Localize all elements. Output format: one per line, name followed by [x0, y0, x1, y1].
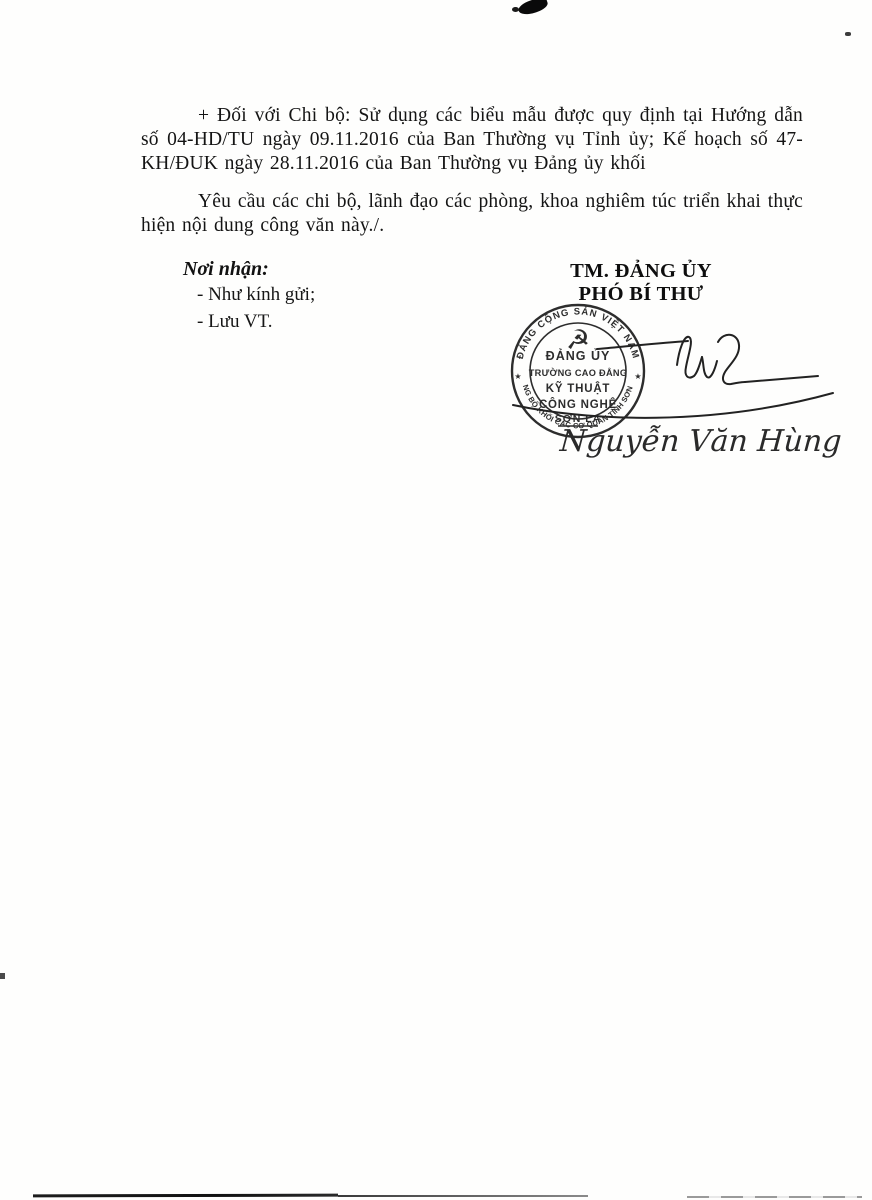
scan-artifact-bottom-edge — [33, 1194, 338, 1198]
stamp-line-ky-thuat: KỸ THUẬT — [546, 382, 611, 395]
stamp-star-icon: ★ — [514, 372, 521, 381]
scan-artifact-top-blob — [517, 0, 550, 17]
scanned-document-page: + Đối với Chi bộ: Sử dụng các biểu mẫu đ… — [0, 0, 872, 1200]
signature-stroke-hook — [718, 335, 745, 384]
body-paragraph-1: + Đối với Chi bộ: Sử dụng các biểu mẫu đ… — [141, 104, 803, 176]
signature-stroke-upper — [597, 341, 688, 349]
stamp-line-cong-nghe: CÔNG NGHỆ — [539, 398, 617, 411]
stamp-line-truong-cao-dang: TRƯỜNG CAO ĐẲNG — [529, 367, 628, 378]
scan-artifact-top-blob-small — [512, 7, 519, 12]
signature-stroke-dash-right — [745, 376, 818, 382]
scan-artifact-bottom-edge-dashes — [687, 1196, 862, 1198]
signature-stroke-u — [702, 357, 717, 378]
stamp-line-dang-uy: ĐẢNG ỦY — [546, 348, 611, 363]
stamp-star-icon: ★ — [634, 372, 641, 381]
scan-artifact-speck-right — [845, 32, 851, 36]
body-paragraph-2: Yêu cầu các chi bộ, lãnh đạo các phòng, … — [141, 190, 803, 238]
recipient-item-2: - Lưu VT. — [197, 311, 273, 333]
scan-artifact-speck-left — [0, 973, 5, 979]
recipients-heading: Nơi nhận: — [183, 258, 269, 281]
on-behalf-line: TM. ĐẢNG ỦY — [515, 260, 767, 283]
signer-name: Nguyễn Văn Hùng — [559, 424, 786, 459]
recipient-item-1: - Như kính gửi; — [197, 284, 315, 306]
scan-artifact-bottom-edge-faint — [338, 1195, 588, 1197]
signature-stroke-t — [677, 337, 702, 378]
